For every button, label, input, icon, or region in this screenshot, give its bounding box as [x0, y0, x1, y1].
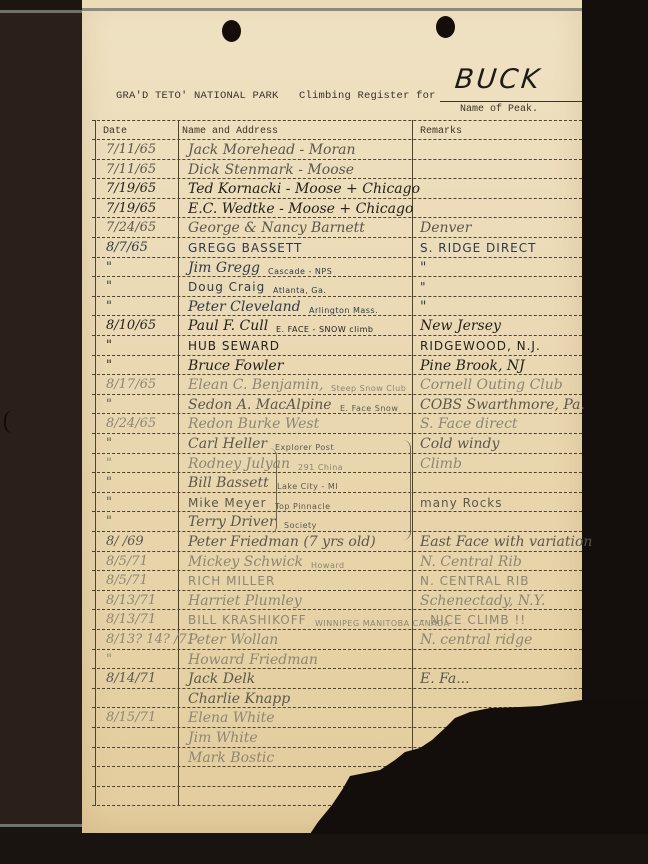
entry-date: 8/15/71	[106, 709, 156, 727]
entry-remarks: "	[420, 259, 426, 277]
row-rule	[92, 805, 582, 806]
entry-name: Howard Friedman	[188, 651, 318, 669]
row-rule	[92, 747, 582, 748]
entry-name: E.C. Wedtke - Moose + Chicago	[188, 200, 413, 218]
entry-name: Jim White	[188, 729, 258, 747]
entry-name: Elena White	[188, 709, 275, 727]
entry-name-note: Steep Snow Club	[331, 380, 406, 398]
entry-name-note: E. Face Snow	[340, 400, 398, 418]
row-rule	[92, 276, 582, 277]
entry-remarks: many Rocks	[420, 494, 503, 512]
entry-date: "	[106, 435, 112, 453]
entry-date: 7/19/65	[106, 200, 156, 218]
entry-remarks: Denver	[420, 219, 471, 237]
entry-remarks: New Jersey	[420, 317, 501, 335]
entry-date: 8/13/71	[106, 611, 156, 629]
entry-remarks: Pine Brook, NJ	[420, 357, 525, 375]
peak-name: BUCK	[453, 64, 543, 95]
entry-name-note: Cascade - NPS	[268, 263, 332, 281]
column-header-name: Name and Address	[182, 126, 278, 137]
column-header-remarks: Remarks	[420, 126, 462, 137]
entry-remarks: S. RIDGE DIRECT	[420, 239, 536, 257]
entry-name: Jack Delk	[188, 670, 255, 688]
entry-date: 8/17/65	[106, 376, 156, 394]
entry-remarks: Climb	[420, 455, 462, 473]
entry-name: BILL KRASHIKOFF	[188, 611, 307, 629]
entry-name: Elean C. Benjamin,	[188, 376, 323, 394]
entry-name: GREGG BASSETT	[188, 239, 302, 257]
entry-remarks: N. Central Rib	[420, 553, 522, 571]
entry-name: Peter Wollan	[188, 631, 278, 649]
entry-remarks: East Face with variation	[420, 533, 592, 551]
entry-date: 7/11/65	[106, 141, 156, 159]
entry-remarks: RIDGEWOOD, N.J.	[420, 337, 541, 355]
remarks-col-left-rule	[412, 120, 413, 806]
entry-name: Sedon A. MacAlpine	[188, 396, 332, 414]
entry-name: Peter Cleveland	[188, 298, 301, 316]
entry-date: 8/5/71	[106, 572, 148, 590]
entry-name-note: E. FACE - SNOW climb	[276, 321, 373, 339]
row-rule	[92, 786, 582, 787]
punch-hole-right	[436, 16, 455, 38]
entry-name-note: Arlington Mass.	[309, 302, 378, 320]
entry-name: Carl Heller	[188, 435, 267, 453]
entry-date: "	[106, 337, 112, 355]
row-rule	[92, 727, 582, 728]
header-bottom-rule	[92, 139, 582, 140]
entry-date: "	[106, 455, 112, 473]
brace-remarks	[402, 440, 411, 540]
entry-date: 7/11/65	[106, 161, 156, 179]
clip-mark	[4, 410, 16, 434]
entry-name: HUB SEWARD	[188, 337, 280, 355]
entry-remarks: N. central ridge	[420, 631, 532, 649]
entry-date: 8/14/71	[106, 670, 156, 688]
entry-name: Dick Stenmark - Moose	[188, 161, 354, 179]
entry-name-note: Howard	[311, 557, 345, 575]
entry-name: Paul F. Cull	[188, 317, 268, 335]
entry-date: "	[106, 651, 112, 669]
entry-name-note: 291 China	[298, 459, 343, 477]
date-col-left-rule	[95, 120, 96, 806]
row-rule	[92, 296, 582, 297]
entry-date: 7/19/65	[106, 180, 156, 198]
entry-remarks: Cold windy	[420, 435, 499, 453]
column-header-date: Date	[103, 126, 127, 137]
entry-date: "	[106, 513, 112, 531]
entry-remarks: "	[420, 278, 427, 296]
entry-name: Doug Craig	[188, 278, 265, 296]
entry-date: "	[106, 474, 112, 492]
entry-date: "	[106, 259, 112, 277]
entry-date: "	[106, 298, 112, 316]
entry-name: Harriet Plumley	[188, 592, 302, 610]
backing-board-right	[582, 0, 648, 864]
entry-date: 8/7/65	[106, 239, 148, 257]
entry-date: "	[106, 494, 112, 512]
punch-hole-left	[222, 20, 241, 42]
form-header: GRA'D TETO' NATIONAL PARK Climbing Regis…	[116, 90, 436, 102]
entry-date: 8/24/65	[106, 415, 156, 433]
entry-name: Bruce Fowler	[188, 357, 283, 375]
entry-date: 8/13/71	[106, 592, 156, 610]
entry-name: Jack Morehead - Moran	[188, 141, 356, 159]
entry-name: Mickey Schwick	[188, 553, 303, 571]
entry-remarks: Schenectady, N.Y.	[420, 592, 545, 610]
entry-date: 8/10/65	[106, 317, 156, 335]
entry-name: Bill Bassett	[188, 474, 269, 492]
row-rule	[92, 707, 582, 708]
entry-date: 8/ /69	[106, 533, 144, 551]
park-name: GRA'D TETO' NATIONAL PARK	[116, 90, 279, 102]
entry-remarks: N. CENTRAL RIB	[420, 572, 530, 590]
entry-date: "	[106, 357, 112, 375]
entry-name: Mike Meyer	[188, 494, 267, 512]
entry-name: RICH MILLER	[188, 572, 275, 590]
entry-date: 8/13? 14? /71	[106, 631, 195, 649]
entry-name: Charlie Knapp	[188, 690, 290, 708]
row-rule	[92, 766, 582, 767]
entry-remarks: COBS Swarthmore, Pa.	[420, 396, 585, 414]
row-rule	[92, 531, 582, 532]
entry-date: 8/5/71	[106, 553, 148, 571]
form-title: Climbing Register for	[299, 90, 436, 102]
entry-date: "	[106, 396, 112, 414]
table-top-rule	[92, 120, 582, 121]
peak-name-underline	[440, 101, 582, 102]
row-rule	[92, 511, 582, 512]
brace-names	[268, 448, 277, 534]
entry-name: Mark Bostic	[188, 749, 274, 767]
entry-remarks: "	[420, 298, 426, 316]
entry-remarks: S. Face direct	[420, 415, 518, 433]
entry-name-note: Lake City - MI	[277, 478, 338, 496]
entry-name: Terry Driver	[188, 513, 276, 531]
entry-date: 7/24/65	[106, 219, 156, 237]
entry-name-note: Top Pinnacle	[275, 498, 331, 516]
entry-name: Ted Kornacki - Moose + Chicago	[188, 180, 420, 198]
peak-caption: Name of Peak.	[460, 104, 538, 115]
entry-name: Peter Friedman (7 yrs old)	[188, 533, 376, 551]
entry-name: George & Nancy Barnett	[188, 219, 365, 237]
sheet-top-strip	[82, 0, 582, 11]
entry-name: Redon Burke West	[188, 415, 319, 433]
entry-remarks: Cornell Outing Club	[420, 376, 563, 394]
entry-remarks: - NICE CLIMB !!	[420, 611, 526, 629]
entry-date: "	[106, 278, 112, 296]
row-rule	[92, 453, 582, 454]
date-col-right-rule	[178, 120, 179, 806]
entry-remarks: E. Fa...	[420, 670, 470, 688]
row-rule	[92, 668, 582, 669]
row-rule	[92, 688, 582, 689]
entry-name: Jim Gregg	[188, 259, 260, 277]
